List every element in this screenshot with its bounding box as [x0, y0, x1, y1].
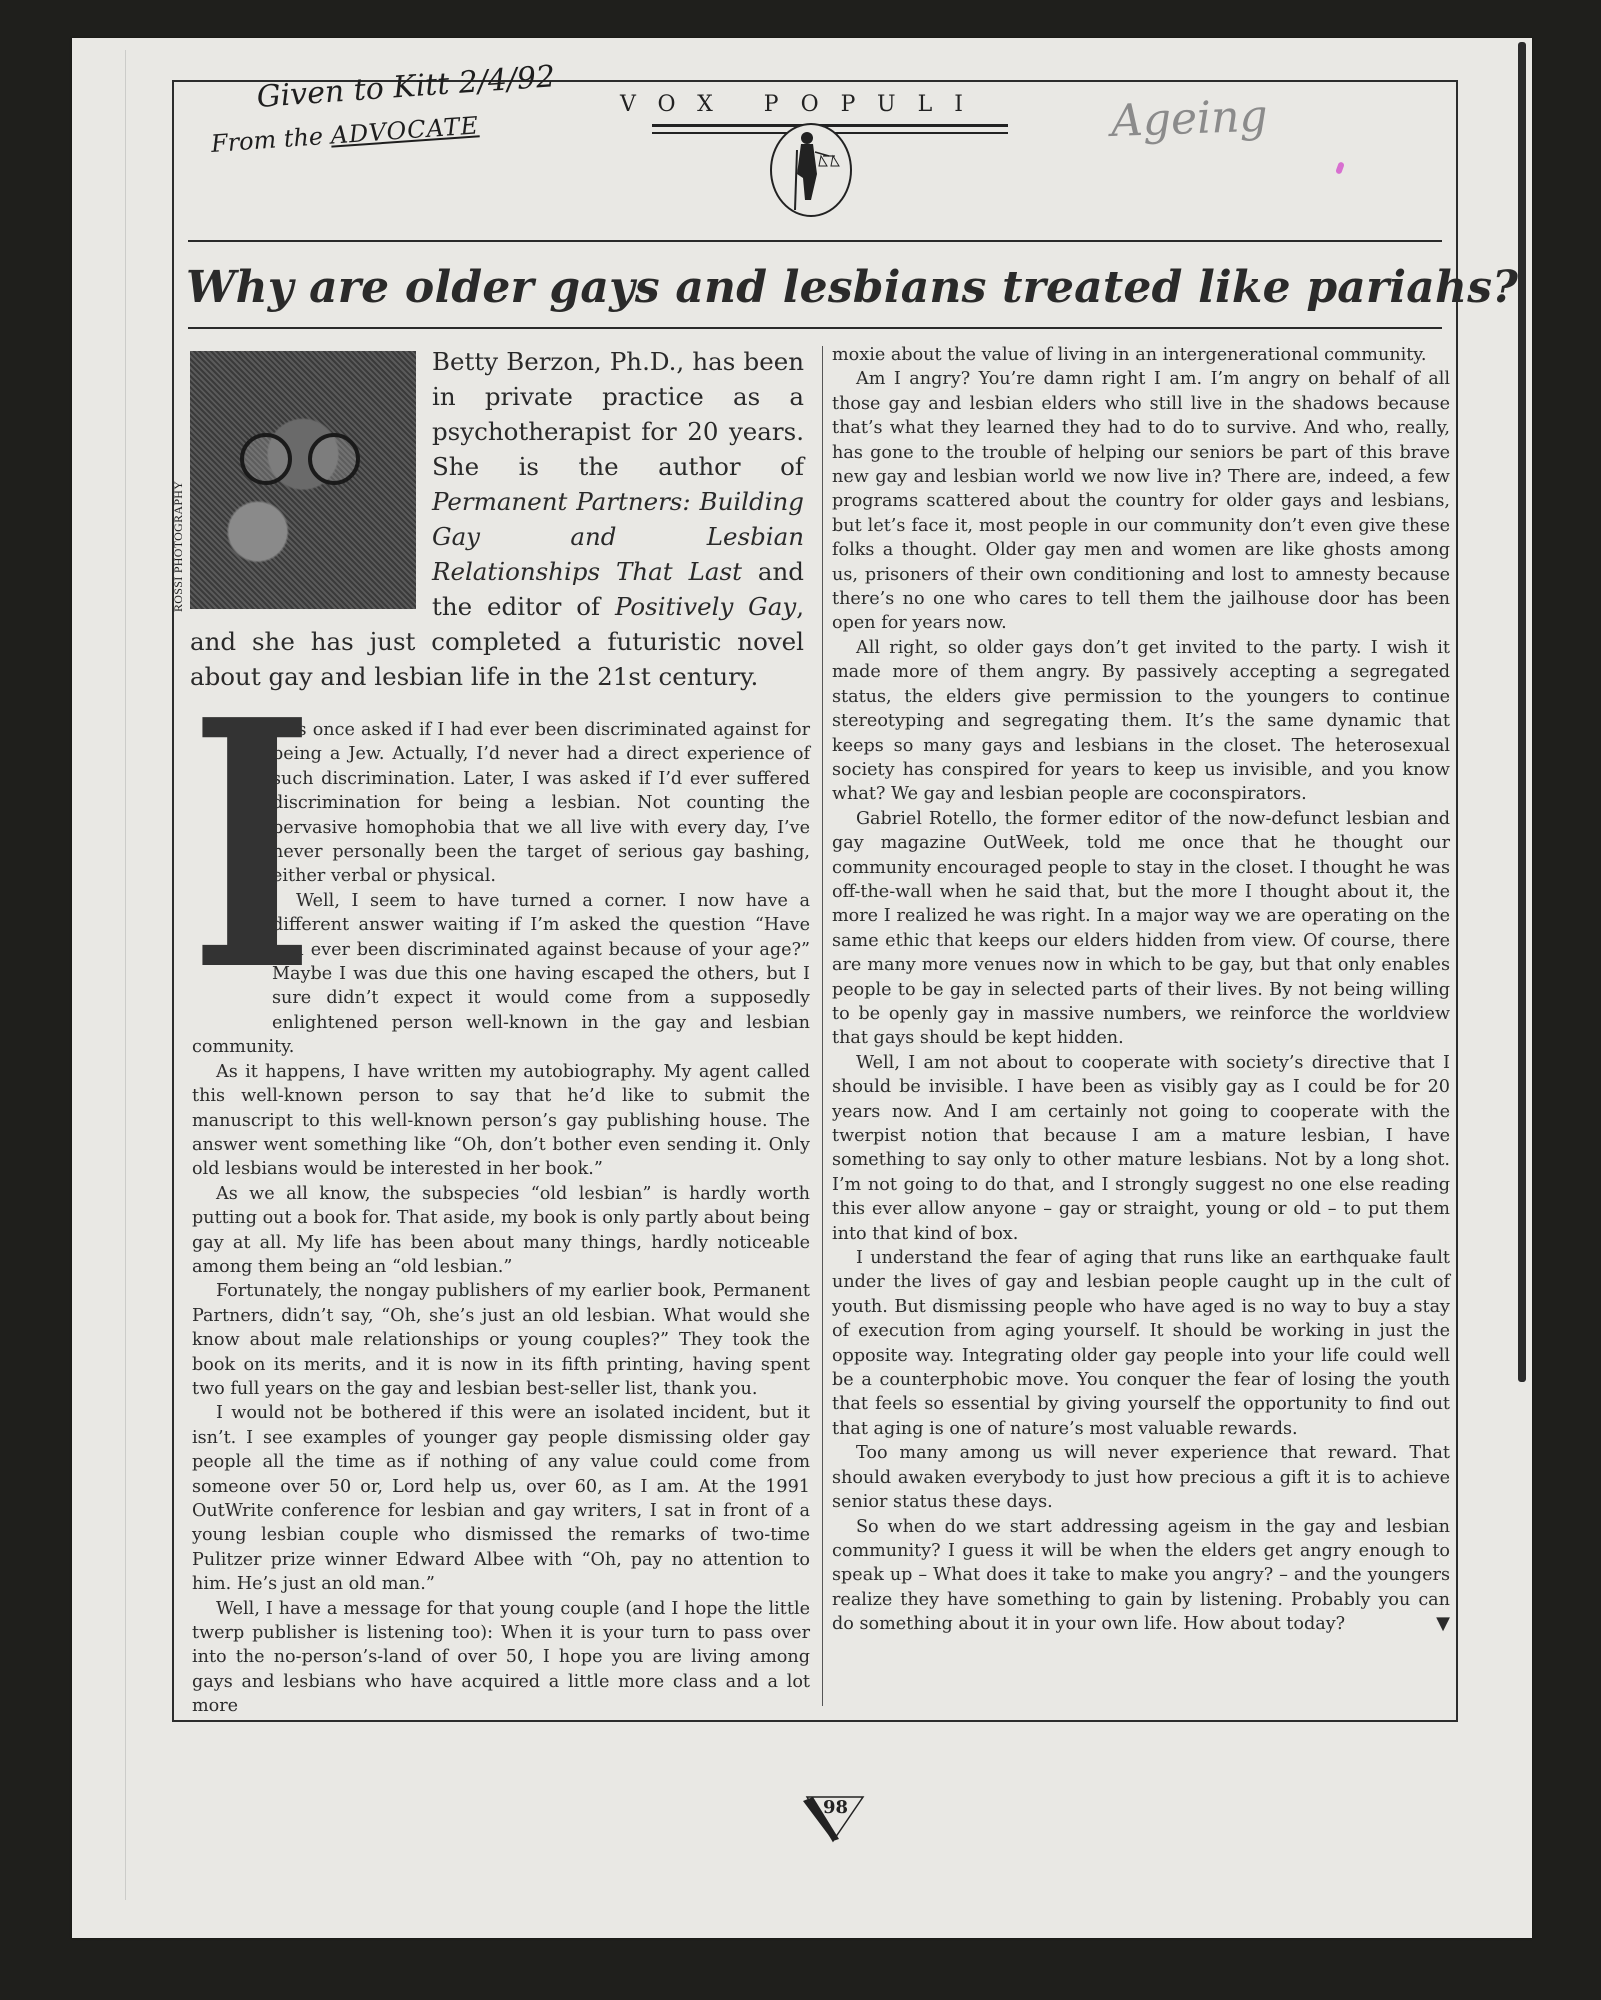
paragraph: Gabriel Rotello, the former editor of th… — [832, 807, 1450, 1051]
page-number-badge: 98 — [803, 1795, 867, 1843]
bio-text: Betty Berzon, Ph.D., has been in private… — [432, 347, 804, 481]
article-column-right: moxie about the value of living in an in… — [832, 343, 1450, 1637]
handwritten-topic-label: Ageing — [1110, 91, 1268, 147]
fold-crease — [125, 50, 126, 1900]
paragraph: Too many among us will never experience … — [832, 1441, 1450, 1514]
paragraph: Am I angry? You’re damn right I am. I’m … — [832, 367, 1450, 635]
article-headline: Why are older gays and lesbians treated … — [186, 262, 1446, 313]
paragraph: Well, I have a message for that young co… — [192, 1597, 810, 1719]
paragraph: As we all know, the subspecies “old lesb… — [192, 1182, 810, 1280]
paragraph: As it happens, I have written my autobio… — [192, 1060, 810, 1182]
headline-rule — [188, 327, 1442, 329]
page-edge-shadow — [1518, 42, 1526, 1382]
masthead-bottom-rule — [188, 240, 1442, 242]
paragraph: Well, I am not about to cooperate with s… — [832, 1051, 1450, 1246]
drop-cap: I — [190, 722, 245, 1022]
end-of-article-mark: ▼ — [1412, 1612, 1450, 1636]
paragraph: I understand the fear of aging that runs… — [832, 1246, 1450, 1441]
photo-credit: ROSSI PHOTOGRAPHY — [171, 481, 186, 612]
column-divider — [822, 346, 823, 1706]
article-column-left: I was once asked if I had ever been disc… — [192, 718, 810, 1719]
paragraph: moxie about the value of living in an in… — [832, 343, 1450, 367]
section-masthead: VOX POPULI — [620, 92, 985, 117]
paragraph: Fortunately, the nongay publishers of my… — [192, 1279, 810, 1401]
bio-book-title: Positively Gay — [615, 592, 796, 621]
author-bio: Betty Berzon, Ph.D., has been in private… — [190, 344, 804, 694]
paragraph: I would not be bothered if this were an … — [192, 1401, 810, 1596]
paragraph: All right, so older gays don’t get invit… — [832, 636, 1450, 807]
paragraph: So when do we start addressing ageism in… — [832, 1515, 1450, 1637]
photo-space — [190, 344, 432, 624]
page-number: 98 — [823, 1797, 848, 1818]
final-paragraph-text: So when do we start addressing ageism in… — [832, 1517, 1450, 1635]
justice-figure-with-scales-icon — [757, 122, 865, 218]
